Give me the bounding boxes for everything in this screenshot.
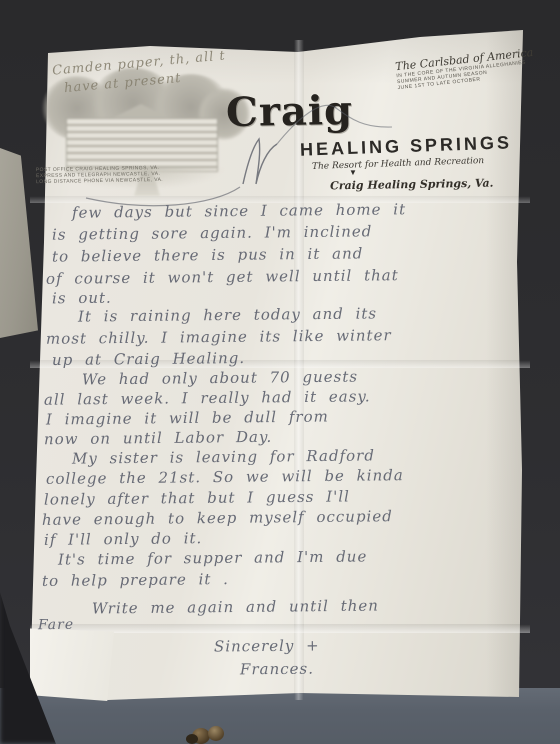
hotel-building-illustration — [66, 118, 218, 172]
handwritten-line: Fare — [38, 617, 74, 633]
handwritten-line: It's time for supper and I'm due — [58, 547, 367, 568]
handwritten-line: My sister is leaving for Radford — [72, 446, 375, 467]
handwritten-line: to help prepare it . — [42, 570, 229, 590]
letterhead-contact-block: POST OFFICE CRAIG HEALING SPRINGS, VA. E… — [36, 165, 163, 185]
handwritten-line: to believe there is pus in it and — [52, 244, 363, 265]
handwritten-line: is getting sore again. I'm inclined — [52, 222, 372, 243]
photo-scene: Camden paper, th, all t have at present … — [0, 0, 560, 744]
handwritten-line: if I'll only do it. — [44, 529, 202, 549]
handwritten-line: college the 21st. So we will be kinda — [46, 466, 404, 488]
handwritten-line: few days but since I came home it — [72, 200, 406, 221]
handwritten-line: I imagine it will be dull from — [46, 408, 329, 429]
handwritten-line: have enough to keep myself occupied — [42, 507, 393, 529]
closing-salutation: Sincerely + — [214, 636, 320, 655]
handwritten-line: of course it won't get well until that — [46, 266, 399, 288]
handwritten-line: is out. — [52, 289, 112, 308]
signature: Frances. — [240, 660, 314, 679]
handwritten-line: We had only about 70 guests — [82, 368, 358, 389]
fastener-knob — [208, 726, 224, 741]
handwritten-line: It is raining here today and its — [78, 304, 377, 325]
brass-fastener-object — [186, 724, 238, 744]
adjacent-paper-corner — [0, 148, 38, 338]
handwritten-line: lonely after that but I guess I'll — [44, 487, 350, 508]
fastener-shadow — [186, 734, 198, 744]
handwritten-line: now on until Labor Day. — [44, 428, 272, 448]
folded-corner-flap — [30, 627, 114, 701]
handwritten-line: all last week. I really had it easy. — [44, 387, 371, 408]
handwritten-line: most chilly. I imagine its like winter — [46, 326, 392, 348]
handwritten-line: up at Craig Healing. — [52, 349, 245, 369]
down-triangle-ornament: ▼ — [349, 168, 357, 177]
letterhead-brand-name: Craig — [226, 87, 354, 136]
handwritten-line: Write me again and until then — [92, 596, 379, 617]
